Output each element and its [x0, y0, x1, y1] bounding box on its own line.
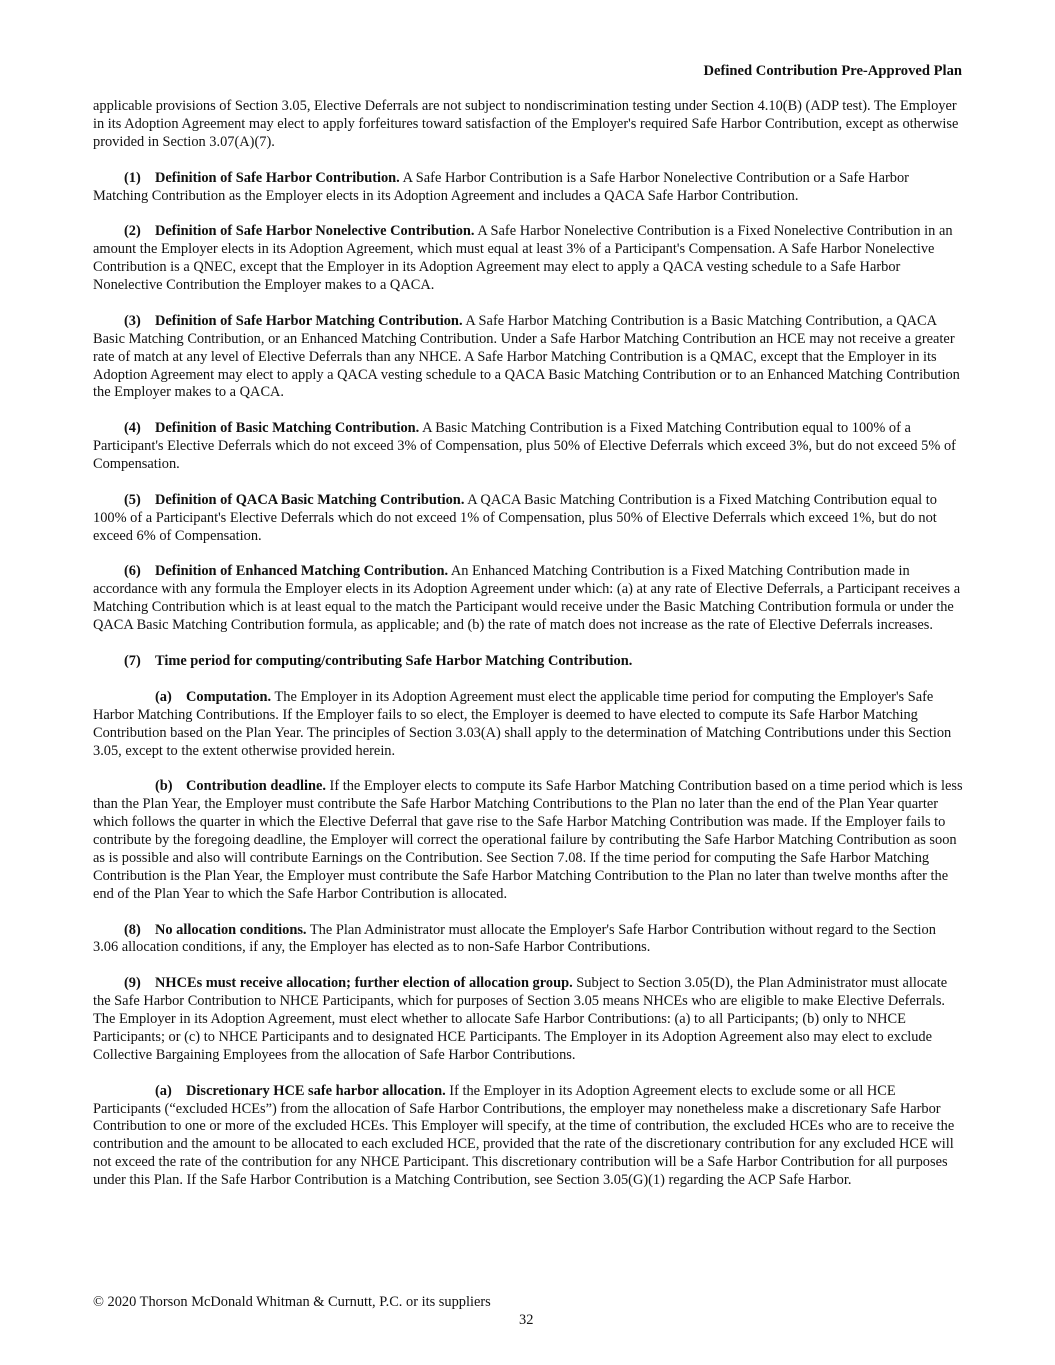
section-title: NHCEs must receive allocation; further e… [155, 975, 573, 991]
section-number: (8) [124, 922, 155, 940]
section-number: (5) [124, 492, 155, 510]
section-8: (8)No allocation conditions. The Plan Ad… [93, 922, 964, 958]
subsection-number: (b) [155, 778, 186, 796]
section-title: Definition of Enhanced Matching Contribu… [155, 563, 448, 579]
subsection-text: If the Employer elects to compute its Sa… [93, 778, 963, 901]
section-number: (6) [124, 563, 155, 581]
section-1: (1)Definition of Safe Harbor Contributio… [93, 170, 964, 206]
section-3: (3)Definition of Safe Harbor Matching Co… [93, 313, 964, 403]
subsection-title: Computation. [186, 689, 271, 705]
section-number: (2) [124, 223, 155, 241]
running-header: Defined Contribution Pre-Approved Plan [703, 63, 962, 81]
subsection-number: (a) [155, 689, 186, 707]
document-body: applicable provisions of Section 3.05, E… [93, 98, 964, 1208]
section-number: (3) [124, 313, 155, 331]
section-4: (4)Definition of Basic Matching Contribu… [93, 420, 964, 474]
section-9a: (a)Discretionary HCE safe harbor allocat… [93, 1083, 964, 1190]
section-2: (2)Definition of Safe Harbor Nonelective… [93, 223, 964, 295]
subsection-number: (a) [155, 1083, 186, 1101]
section-number: (9) [124, 975, 155, 993]
section-9: (9)NHCEs must receive allocation; furthe… [93, 975, 964, 1065]
section-number: (1) [124, 170, 155, 188]
section-6: (6)Definition of Enhanced Matching Contr… [93, 563, 964, 635]
section-number: (4) [124, 420, 155, 438]
subsection-title: Discretionary HCE safe harbor allocation… [186, 1083, 446, 1099]
subsection-title: Contribution deadline. [186, 778, 326, 794]
section-number: (7) [124, 653, 155, 671]
section-5: (5)Definition of QACA Basic Matching Con… [93, 492, 964, 546]
section-7: (7)Time period for computing/contributin… [93, 653, 964, 671]
page-number: 32 [519, 1312, 533, 1330]
copyright-footer: © 2020 Thorson McDonald Whitman & Curnut… [93, 1294, 964, 1312]
intro-paragraph: applicable provisions of Section 3.05, E… [93, 98, 964, 152]
section-title: Definition of Safe Harbor Contribution. [155, 170, 400, 186]
section-title: No allocation conditions. [155, 922, 307, 938]
section-7b: (b)Contribution deadline. If the Employe… [93, 778, 964, 903]
section-title: Time period for computing/contributing S… [155, 653, 632, 669]
section-title: Definition of Basic Matching Contributio… [155, 420, 419, 436]
section-title: Definition of QACA Basic Matching Contri… [155, 492, 464, 508]
section-title: Definition of Safe Harbor Nonelective Co… [155, 223, 475, 239]
section-7a: (a)Computation. The Employer in its Adop… [93, 689, 964, 761]
section-title: Definition of Safe Harbor Matching Contr… [155, 313, 463, 329]
